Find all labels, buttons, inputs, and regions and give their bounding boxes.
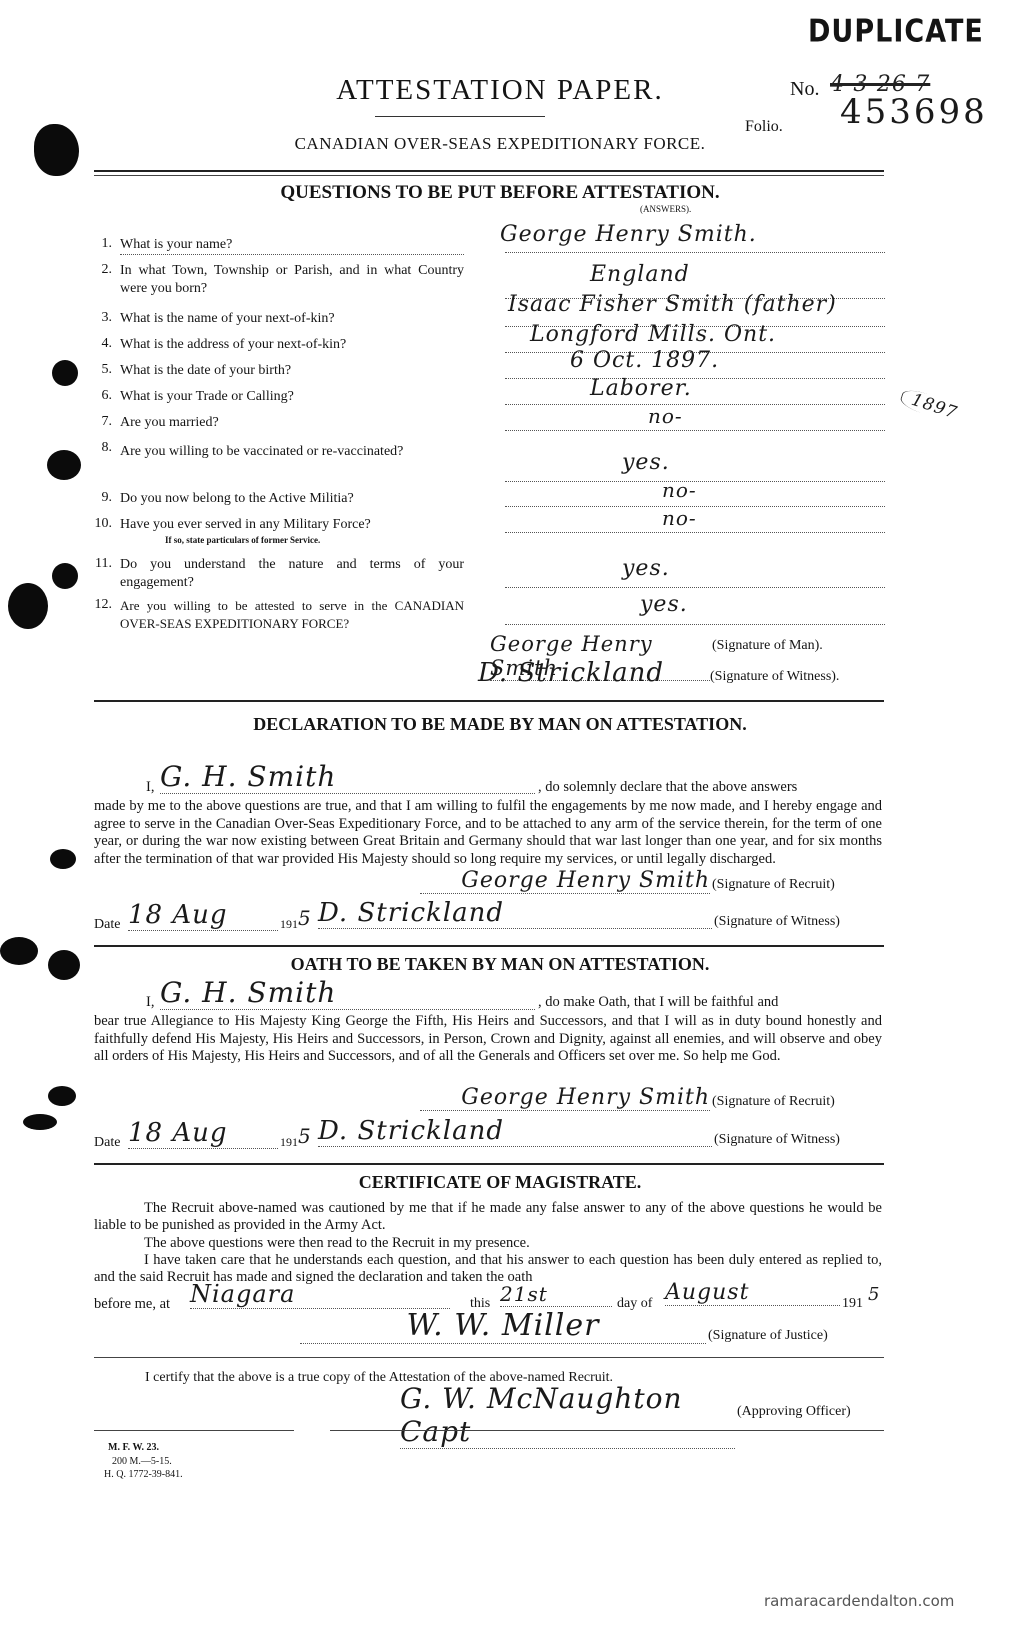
question-number: 1. bbox=[82, 236, 112, 252]
answer-line bbox=[505, 624, 885, 625]
question-text: What is the address of your next-of-kin? bbox=[120, 336, 464, 354]
declaration-name: G. H. Smith bbox=[160, 760, 535, 794]
oath-text-start: , do make Oath, that I will be faithful … bbox=[538, 994, 882, 1011]
declaration-date-label: Date bbox=[94, 917, 120, 933]
title-divider bbox=[375, 116, 545, 117]
questions-section-title: QUESTIONS TO BE PUT BEFORE ATTESTATION. bbox=[0, 182, 1000, 204]
punch-hole bbox=[8, 583, 48, 629]
section-divider bbox=[330, 1430, 884, 1431]
section-divider bbox=[94, 945, 884, 947]
watermark: ramaracardendalton.com bbox=[764, 1592, 954, 1610]
question-number: 5. bbox=[82, 362, 112, 378]
declaration-year-suffix: 5 bbox=[298, 906, 312, 930]
magistrate-para-1: The Recruit above-named was cautioned by… bbox=[94, 1200, 882, 1234]
declaration-title: DECLARATION TO BE MADE BY MAN ON ATTESTA… bbox=[0, 714, 1000, 735]
magistrate-month: August bbox=[665, 1280, 840, 1306]
answer-military-service: no- bbox=[662, 506, 697, 530]
signature-approving-officer: G. W. McNaughton Capt bbox=[400, 1382, 735, 1449]
question-number: 8. bbox=[82, 440, 112, 456]
declaration-signature-recruit: George Henry Smith bbox=[420, 868, 710, 894]
answer-trade: Laborer. bbox=[590, 376, 692, 401]
magistrate-year-prefix: 191 bbox=[842, 1296, 863, 1312]
section-divider bbox=[94, 1357, 884, 1358]
oath-signature-witness-label: (Signature of Witness) bbox=[714, 1132, 840, 1148]
oath-title: OATH TO BE TAKEN BY MAN ON ATTESTATION. bbox=[0, 954, 1000, 975]
answer-active-militia: no- bbox=[662, 478, 697, 502]
hq-reference: H. Q. 1772-39-841. bbox=[104, 1469, 183, 1481]
oath-date-label: Date bbox=[94, 1135, 120, 1151]
question-number: 11. bbox=[82, 556, 112, 572]
answer-willing-attest: yes. bbox=[640, 592, 688, 617]
margin-note: 1897 bbox=[898, 386, 960, 423]
declaration-body: made by me to the above questions are tr… bbox=[94, 798, 882, 868]
section-divider bbox=[94, 1163, 884, 1165]
oath-year-suffix: 5 bbox=[298, 1124, 312, 1148]
declaration-signature-recruit-label: (Signature of Recruit) bbox=[712, 877, 835, 893]
question-number: 7. bbox=[82, 414, 112, 430]
oath-year-prefix: 191 bbox=[280, 1135, 298, 1150]
question-number: 6. bbox=[82, 388, 112, 404]
declaration-date: 18 Aug bbox=[128, 900, 278, 931]
punch-hole bbox=[52, 360, 78, 386]
punch-hole bbox=[48, 1086, 76, 1106]
signature-justice-label: (Signature of Justice) bbox=[708, 1328, 828, 1344]
question-number: 2. bbox=[82, 262, 112, 278]
declaration-signature-witness: D. Strickland bbox=[318, 898, 712, 929]
signature-approving-officer-label: (Approving Officer) bbox=[737, 1404, 851, 1420]
answer-line bbox=[505, 532, 885, 533]
question-text: Are you willing to be attested to serve … bbox=[120, 597, 464, 633]
signature-witness: D. Strickland bbox=[478, 658, 664, 688]
answer-line bbox=[505, 430, 885, 431]
question-text: Do you understand the nature and terms o… bbox=[120, 556, 464, 592]
question-text: Are you willing to be vaccinated or re-v… bbox=[120, 440, 464, 464]
answers-label: (ANSWERS). bbox=[640, 204, 691, 214]
document-subtitle: CANADIAN OVER-SEAS EXPEDITIONARY FORCE. bbox=[0, 134, 1000, 154]
question-text: Have you ever served in any Military For… bbox=[120, 516, 464, 534]
magistrate-para-2: The above questions were then read to th… bbox=[94, 1235, 882, 1253]
question-text: Do you now belong to the Active Militia? bbox=[120, 490, 464, 508]
oath-prefix: I, bbox=[146, 994, 154, 1011]
question-number: 9. bbox=[82, 490, 112, 506]
question-text: What is the date of your birth? bbox=[120, 362, 464, 380]
question-number: 12. bbox=[82, 597, 112, 613]
before-me-label: before me, at bbox=[94, 1296, 170, 1313]
answer-married: no- bbox=[648, 404, 683, 428]
answer-line bbox=[505, 378, 885, 379]
punch-hole bbox=[52, 563, 78, 589]
oath-signature-recruit-label: (Signature of Recruit) bbox=[712, 1094, 835, 1110]
signature-man-label: (Signature of Man). bbox=[712, 638, 823, 654]
answer-name: George Henry Smith. bbox=[500, 222, 757, 247]
answer-birth-date: 6 Oct. 1897. bbox=[570, 348, 719, 373]
oath-signature-recruit: George Henry Smith bbox=[420, 1085, 710, 1111]
answer-next-of-kin-address: Longford Mills. Ont. bbox=[530, 322, 776, 347]
section-divider bbox=[94, 170, 884, 172]
answer-next-of-kin: Isaac Fisher Smith (father) bbox=[508, 292, 837, 317]
question-text: What is your Trade or Calling? bbox=[120, 388, 464, 406]
question-text: Are you married? bbox=[120, 414, 464, 432]
answer-birthplace: England bbox=[590, 262, 690, 287]
answer-line bbox=[505, 404, 885, 405]
question-number: 4. bbox=[82, 336, 112, 352]
magistrate-title: CERTIFICATE OF MAGISTRATE. bbox=[0, 1172, 1000, 1193]
signature-witness-label: (Signature of Witness). bbox=[710, 669, 839, 685]
answer-vaccinated: yes. bbox=[622, 450, 670, 475]
question-number: 10. bbox=[82, 516, 112, 532]
answer-line bbox=[505, 587, 885, 588]
answer-understand-terms: yes. bbox=[622, 556, 670, 581]
question-text: What is your name? bbox=[120, 236, 464, 255]
magistrate-day: 21st bbox=[500, 1282, 612, 1307]
declaration-prefix: I, bbox=[146, 779, 154, 796]
oath-signature-witness: D. Strickland bbox=[318, 1116, 712, 1147]
declaration-year-prefix: 191 bbox=[280, 917, 298, 932]
punch-hole bbox=[50, 849, 76, 869]
punch-hole bbox=[47, 450, 81, 480]
oath-body: bear true Allegiance to His Majesty King… bbox=[94, 1013, 882, 1066]
section-divider bbox=[94, 700, 884, 702]
form-code: M. F. W. 23. bbox=[108, 1442, 159, 1454]
magistrate-year-suffix: 5 bbox=[868, 1284, 880, 1305]
oath-name: G. H. Smith bbox=[160, 976, 535, 1010]
declaration-signature-witness-label: (Signature of Witness) bbox=[714, 914, 840, 930]
section-divider bbox=[94, 175, 884, 176]
oath-date: 18 Aug bbox=[128, 1118, 278, 1149]
section-divider bbox=[94, 1430, 294, 1431]
declaration-text-start: , do solemnly declare that the above ans… bbox=[538, 779, 882, 796]
signature-justice: W. W. Miller bbox=[300, 1308, 706, 1344]
print-run: 200 M.—5-15. bbox=[112, 1456, 172, 1468]
question-note: If so, state particulars of former Servi… bbox=[165, 535, 320, 545]
question-text: What is the name of your next-of-kin? bbox=[120, 310, 464, 328]
punch-hole bbox=[23, 1114, 57, 1130]
magistrate-place: Niagara bbox=[190, 1280, 450, 1309]
question-text: In what Town, Township or Parish, and in… bbox=[120, 262, 464, 298]
question-number: 3. bbox=[82, 310, 112, 326]
duplicate-stamp: DUPLICATE bbox=[808, 14, 984, 50]
answer-line bbox=[505, 252, 885, 253]
document-title: ATTESTATION PAPER. bbox=[0, 74, 1000, 107]
